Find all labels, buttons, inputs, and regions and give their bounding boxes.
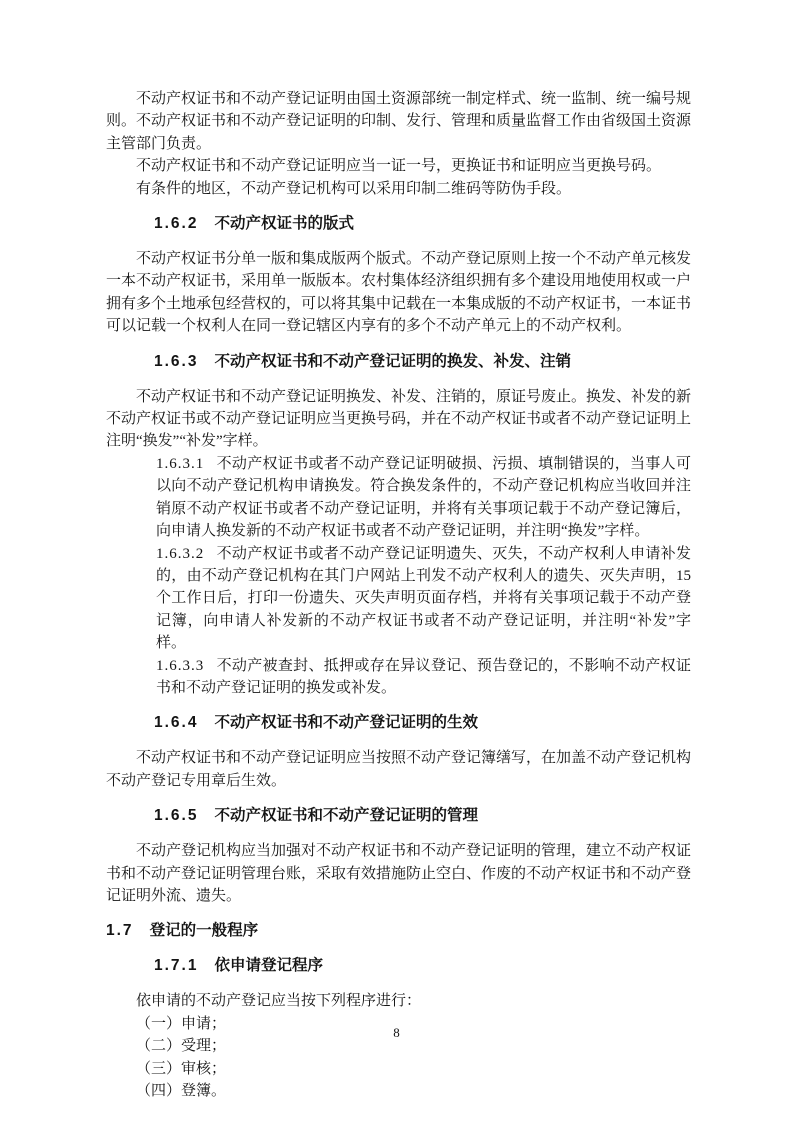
heading-title: 依申请登记程序 bbox=[214, 957, 323, 974]
paragraph: 不动产权证书和不动产登记证明应当一证一号，更换证书和证明应当更换号码。 bbox=[106, 155, 691, 177]
document-page: 不动产权证书和不动产登记证明由国土资源部统一制定样式、统一监制、统一编号规则。不… bbox=[0, 0, 793, 1122]
paragraph: 有条件的地区，不动产登记机构可以采用印制二维码等防伪手段。 bbox=[106, 178, 691, 200]
list-item: （三）审核； bbox=[106, 1058, 691, 1080]
sub-item-1-6-3-1: 1.6.3.1不动产权证书或者不动产登记证明破损、污损、填制错误的，当事人可以向… bbox=[156, 453, 691, 543]
paragraph: 不动产权证书和不动产登记证明应当按照不动产登记簿缮写，在加盖不动产登记机构不动产… bbox=[106, 747, 691, 792]
heading-number: 1.6.4 bbox=[154, 714, 198, 731]
document-content: 不动产权证书和不动产登记证明由国土资源部统一制定样式、统一监制、统一编号规则。不… bbox=[106, 88, 691, 1102]
heading-number: 1.6.2 bbox=[154, 215, 198, 232]
paragraph: 不动产权证书和不动产登记证明由国土资源部统一制定样式、统一监制、统一编号规则。不… bbox=[106, 88, 691, 155]
heading-title: 不动产权证书的版式 bbox=[214, 215, 354, 232]
section-heading-1-7-1: 1.7.1依申请登记程序 bbox=[154, 955, 691, 977]
paragraph: 依申请的不动产登记应当按下列程序进行： bbox=[106, 990, 691, 1012]
section-heading-1-6-4: 1.6.4不动产权证书和不动产登记证明的生效 bbox=[154, 712, 691, 734]
heading-title: 不动产权证书和不动产登记证明的换发、补发、注销 bbox=[214, 353, 571, 370]
heading-title: 登记的一般程序 bbox=[150, 922, 259, 939]
section-heading-1-6-5: 1.6.5不动产权证书和不动产登记证明的管理 bbox=[154, 805, 691, 827]
paragraph: 不动产权证书和不动产登记证明换发、补发、注销的，原证号废止。换发、补发的新不动产… bbox=[106, 386, 691, 453]
sub-item-1-6-3-2: 1.6.3.2不动产权证书或者不动产登记证明遗失、灭失，不动产权利人申请补发的，… bbox=[156, 543, 691, 655]
paragraph: 不动产登记机构应当加强对不动产权证书和不动产登记证明的管理，建立不动产权证书和不… bbox=[106, 840, 691, 907]
heading-number: 1.6.3 bbox=[154, 353, 198, 370]
heading-number: 1.7 bbox=[106, 922, 134, 939]
sub-item-1-6-3-3: 1.6.3.3不动产被查封、抵押或存在异议登记、预告登记的，不影响不动产权证书和… bbox=[156, 655, 691, 700]
heading-number: 1.7.1 bbox=[154, 957, 198, 974]
section-heading-1-6-2: 1.6.2不动产权证书的版式 bbox=[154, 213, 691, 235]
sub-item-number: 1.6.3.3 bbox=[156, 658, 204, 674]
paragraph: 不动产权证书分单一版和集成版两个版式。不动产登记原则上按一个不动产单元核发一本不… bbox=[106, 248, 691, 338]
page-number: 8 bbox=[0, 1022, 793, 1044]
sub-item-text: 不动产被查封、抵押或存在异议登记、预告登记的，不影响不动产权证书和不动产登记证明… bbox=[156, 658, 691, 696]
section-heading-1-6-3: 1.6.3不动产权证书和不动产登记证明的换发、补发、注销 bbox=[154, 351, 691, 373]
sub-item-text: 不动产权证书或者不动产登记证明遗失、灭失，不动产权利人申请补发的，由不动产登记机… bbox=[156, 546, 691, 652]
sub-item-text: 不动产权证书或者不动产登记证明破损、污损、填制错误的，当事人可以向不动产登记机构… bbox=[156, 456, 691, 539]
sub-item-number: 1.6.3.1 bbox=[156, 456, 204, 472]
sub-item-number: 1.6.3.2 bbox=[156, 546, 204, 562]
list-item: （四）登簿。 bbox=[106, 1080, 691, 1102]
heading-title: 不动产权证书和不动产登记证明的管理 bbox=[214, 807, 478, 824]
heading-title: 不动产权证书和不动产登记证明的生效 bbox=[214, 714, 478, 731]
section-heading-1-7: 1.7登记的一般程序 bbox=[106, 920, 691, 942]
heading-number: 1.6.5 bbox=[154, 807, 198, 824]
